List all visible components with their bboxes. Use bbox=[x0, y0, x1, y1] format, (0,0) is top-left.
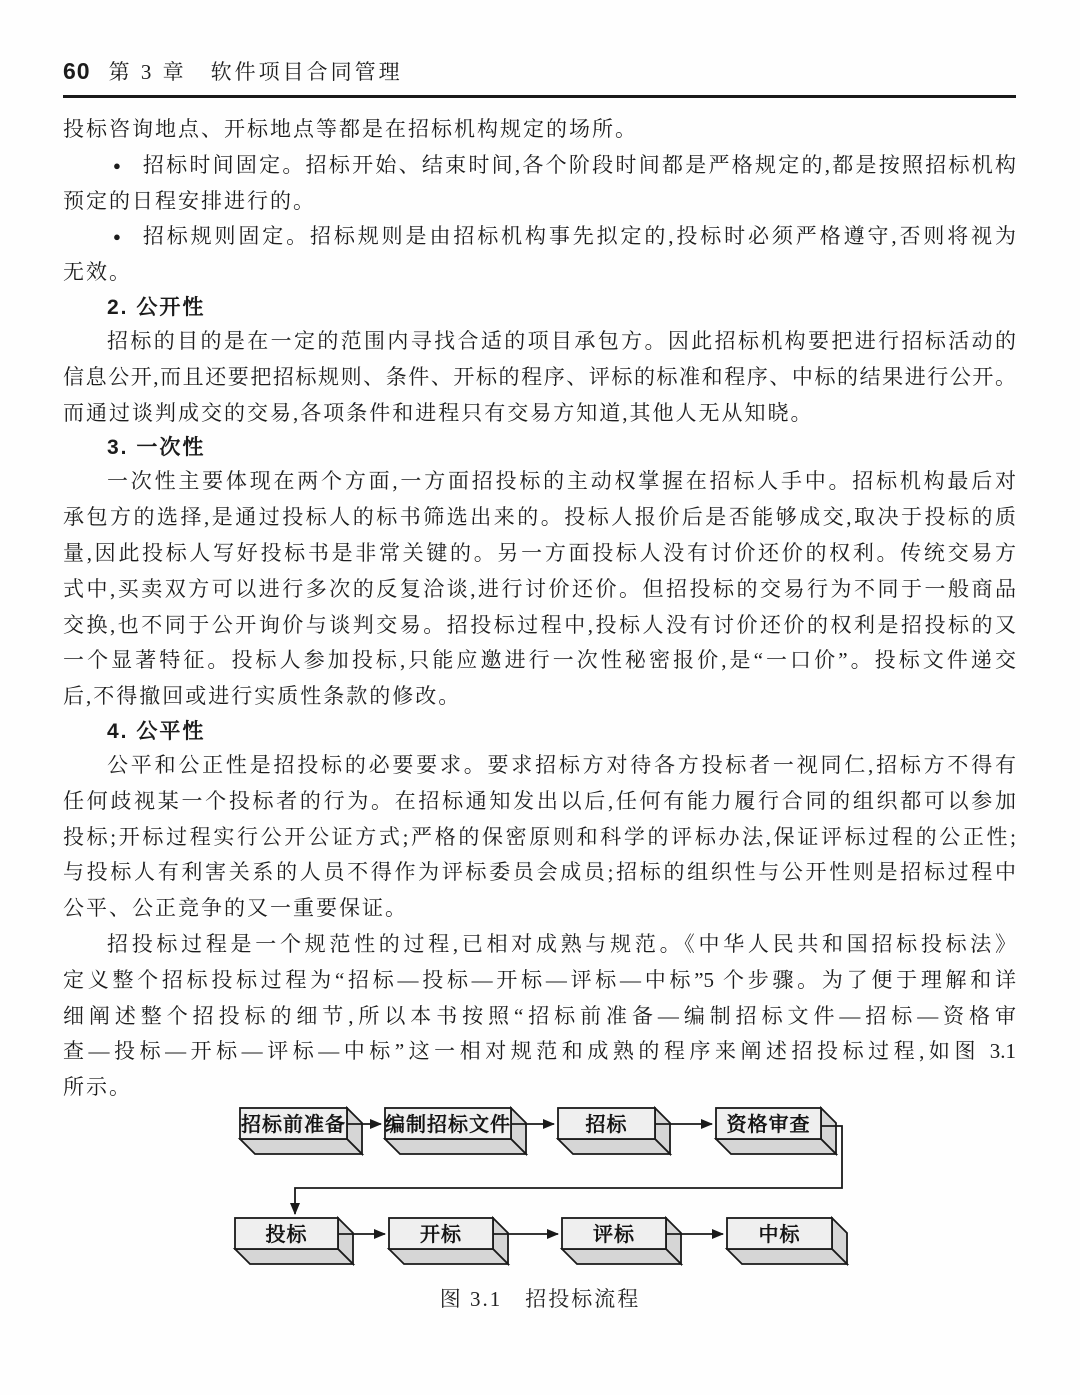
text-line: 预定的日程安排进行的。 bbox=[63, 184, 1016, 220]
flow-node-bid-opening: 开标 bbox=[389, 1218, 508, 1264]
text-line: 公平、公正竞争的又一重要保证。 bbox=[63, 891, 1016, 927]
node-label: 评标 bbox=[593, 1222, 635, 1246]
box-side-bottom bbox=[240, 1139, 362, 1154]
bullet-item: ● 招标规则固定。招标规则是由招标机构事先拟定的,投标时必须严格遵守,否则将视为 bbox=[63, 219, 1016, 255]
text-line: 交换,也不同于公开询价与谈判交易。招投标过程中,投标人没有讨价还价的权利是招投标… bbox=[63, 608, 1016, 644]
text-line: 信息公开,而且还要把招标规则、条件、开标的程序、评标的标准和程序、中标的结果进行… bbox=[63, 360, 1016, 396]
text-line: 招标的目的是在一定的范围内寻找合适的项目承包方。因此招标机构要把进行招标活动的 bbox=[63, 324, 1016, 360]
box-side-bottom bbox=[389, 1249, 508, 1264]
flow-node-bid-evaluation: 评标 bbox=[562, 1218, 681, 1264]
text-line: 一次性主要体现在两个方面,一方面招投标的主动权掌握在招标人手中。招标机构最后对 bbox=[63, 464, 1016, 500]
box-side-bottom bbox=[716, 1139, 836, 1154]
text-line: 一个显著特征。投标人参加投标,只能应邀进行一次性秘密报价,是“一口价”。投标文件… bbox=[63, 643, 1016, 679]
node-label: 招标 bbox=[586, 1112, 628, 1136]
node-label: 编制招标文件 bbox=[385, 1112, 511, 1136]
box-side-bottom bbox=[385, 1139, 526, 1154]
flow-node-call-for-bids: 招标 bbox=[558, 1108, 670, 1154]
text-line: 细阐述整个招投标的细节,所以本书按照“招标前准备—编制招标文件—招标—资格审 bbox=[63, 999, 1016, 1035]
figure-caption: 图 3.1 招投标流程 bbox=[0, 1283, 1080, 1313]
flow-node-qualification-review: 资格审查 bbox=[716, 1108, 836, 1154]
page-header: 60 第 3 章 软件项目合同管理 bbox=[63, 56, 1016, 86]
bullet-icon: ● bbox=[63, 219, 121, 255]
body-text: 投标咨询地点、开标地点等都是在招标机构规定的场所。 ● 招标时间固定。招标开始、… bbox=[63, 112, 1016, 1106]
text-line: 而通过谈判成交的交易,各项条件和进程只有交易方知道,其他人无从知晓。 bbox=[63, 396, 1016, 432]
bullet-icon: ● bbox=[63, 148, 121, 184]
text-line: 定义整个招标投标过程为“招标—投标—开标—评标—中标”5 个步骤。为了便于理解和… bbox=[63, 963, 1016, 999]
bullet-text: 招标规则固定。招标规则是由招标机构事先拟定的,投标时必须严格遵守,否则将视为 bbox=[143, 219, 1016, 255]
text-line: 投标咨询地点、开标地点等都是在招标机构规定的场所。 bbox=[63, 112, 1016, 148]
node-label: 中标 bbox=[759, 1222, 801, 1246]
box-side-bottom bbox=[558, 1139, 670, 1154]
text-line: 投标;开标过程实行公开公证方式;严格的保密原则和科学的评标办法,保证评标过程的公… bbox=[63, 820, 1016, 856]
text-line: 任何歧视某一个投标者的行为。在招标通知发出以后,任何有能力履行合同的组织都可以参… bbox=[63, 784, 1016, 820]
text-line: 招投标过程是一个规范性的过程,已相对成熟与规范。《中华人民共和国招标投标法》 bbox=[63, 927, 1016, 963]
text-line: 量,因此投标人写好投标书是非常关键的。另一方面投标人没有讨价还价的权利。传统交易… bbox=[63, 536, 1016, 572]
bullet-item: ● 招标时间固定。招标开始、结束时间,各个阶段时间都是严格规定的,都是按照招标机… bbox=[63, 148, 1016, 184]
flowchart-canvas: 招标前准备 编制招标文件 招标 资格审查 bbox=[225, 1100, 885, 1278]
text-line: 无效。 bbox=[63, 255, 1016, 291]
text-line: 与投标人有利害关系的人员不得作为评标委员会成员;招标的组织性与公开性则是招标过程… bbox=[63, 855, 1016, 891]
box-side-bottom bbox=[562, 1249, 681, 1264]
node-label: 招标前准备 bbox=[241, 1112, 346, 1136]
text-line: 查—投标—开标—评标—中标”这一相对规范和成熟的程序来阐述招投标过程,如图 3.… bbox=[63, 1034, 1016, 1070]
section-heading-openness: 2. 公开性 bbox=[63, 291, 1016, 324]
node-label: 资格审查 bbox=[727, 1112, 811, 1136]
node-label: 开标 bbox=[420, 1222, 462, 1246]
text-line: 承包方的选择,是通过投标人的标书筛选出来的。投标人报价后是否能够成交,取决于投标… bbox=[63, 500, 1016, 536]
node-label: 投标 bbox=[266, 1222, 308, 1246]
box-side-bottom bbox=[727, 1249, 847, 1264]
section-heading-fairness: 4. 公平性 bbox=[63, 715, 1016, 748]
section-heading-one-time: 3. 一次性 bbox=[63, 431, 1016, 464]
chapter-label: 第 3 章 bbox=[109, 56, 187, 86]
page-number: 60 bbox=[63, 58, 91, 85]
box-side-bottom bbox=[235, 1249, 353, 1264]
header-rule bbox=[63, 95, 1016, 98]
book-page: 60 第 3 章 软件项目合同管理 投标咨询地点、开标地点等都是在招标机构规定的… bbox=[0, 0, 1080, 1395]
text-line: 后,不得撤回或进行实质性条款的修改。 bbox=[63, 679, 1016, 715]
chapter-title: 软件项目合同管理 bbox=[211, 56, 403, 86]
text-line: 式中,买卖双方可以进行多次的反复洽谈,进行讨价还价。但招投标的交易行为不同于一般… bbox=[63, 572, 1016, 608]
flow-node-submit-bid: 投标 bbox=[235, 1218, 353, 1264]
bullet-text: 招标时间固定。招标开始、结束时间,各个阶段时间都是严格规定的,都是按照招标机构 bbox=[143, 148, 1016, 184]
flow-node-pre-bid-preparation: 招标前准备 bbox=[240, 1108, 362, 1154]
flow-node-prepare-bid-documents: 编制招标文件 bbox=[385, 1108, 526, 1154]
flow-node-win-bid: 中标 bbox=[727, 1218, 847, 1264]
figure-3-1-flowchart: 招标前准备 编制招标文件 招标 资格审查 bbox=[225, 1100, 885, 1278]
text-line: 公平和公正性是招投标的必要要求。要求招标方对待各方投标者一视同仁,招标方不得有 bbox=[63, 748, 1016, 784]
